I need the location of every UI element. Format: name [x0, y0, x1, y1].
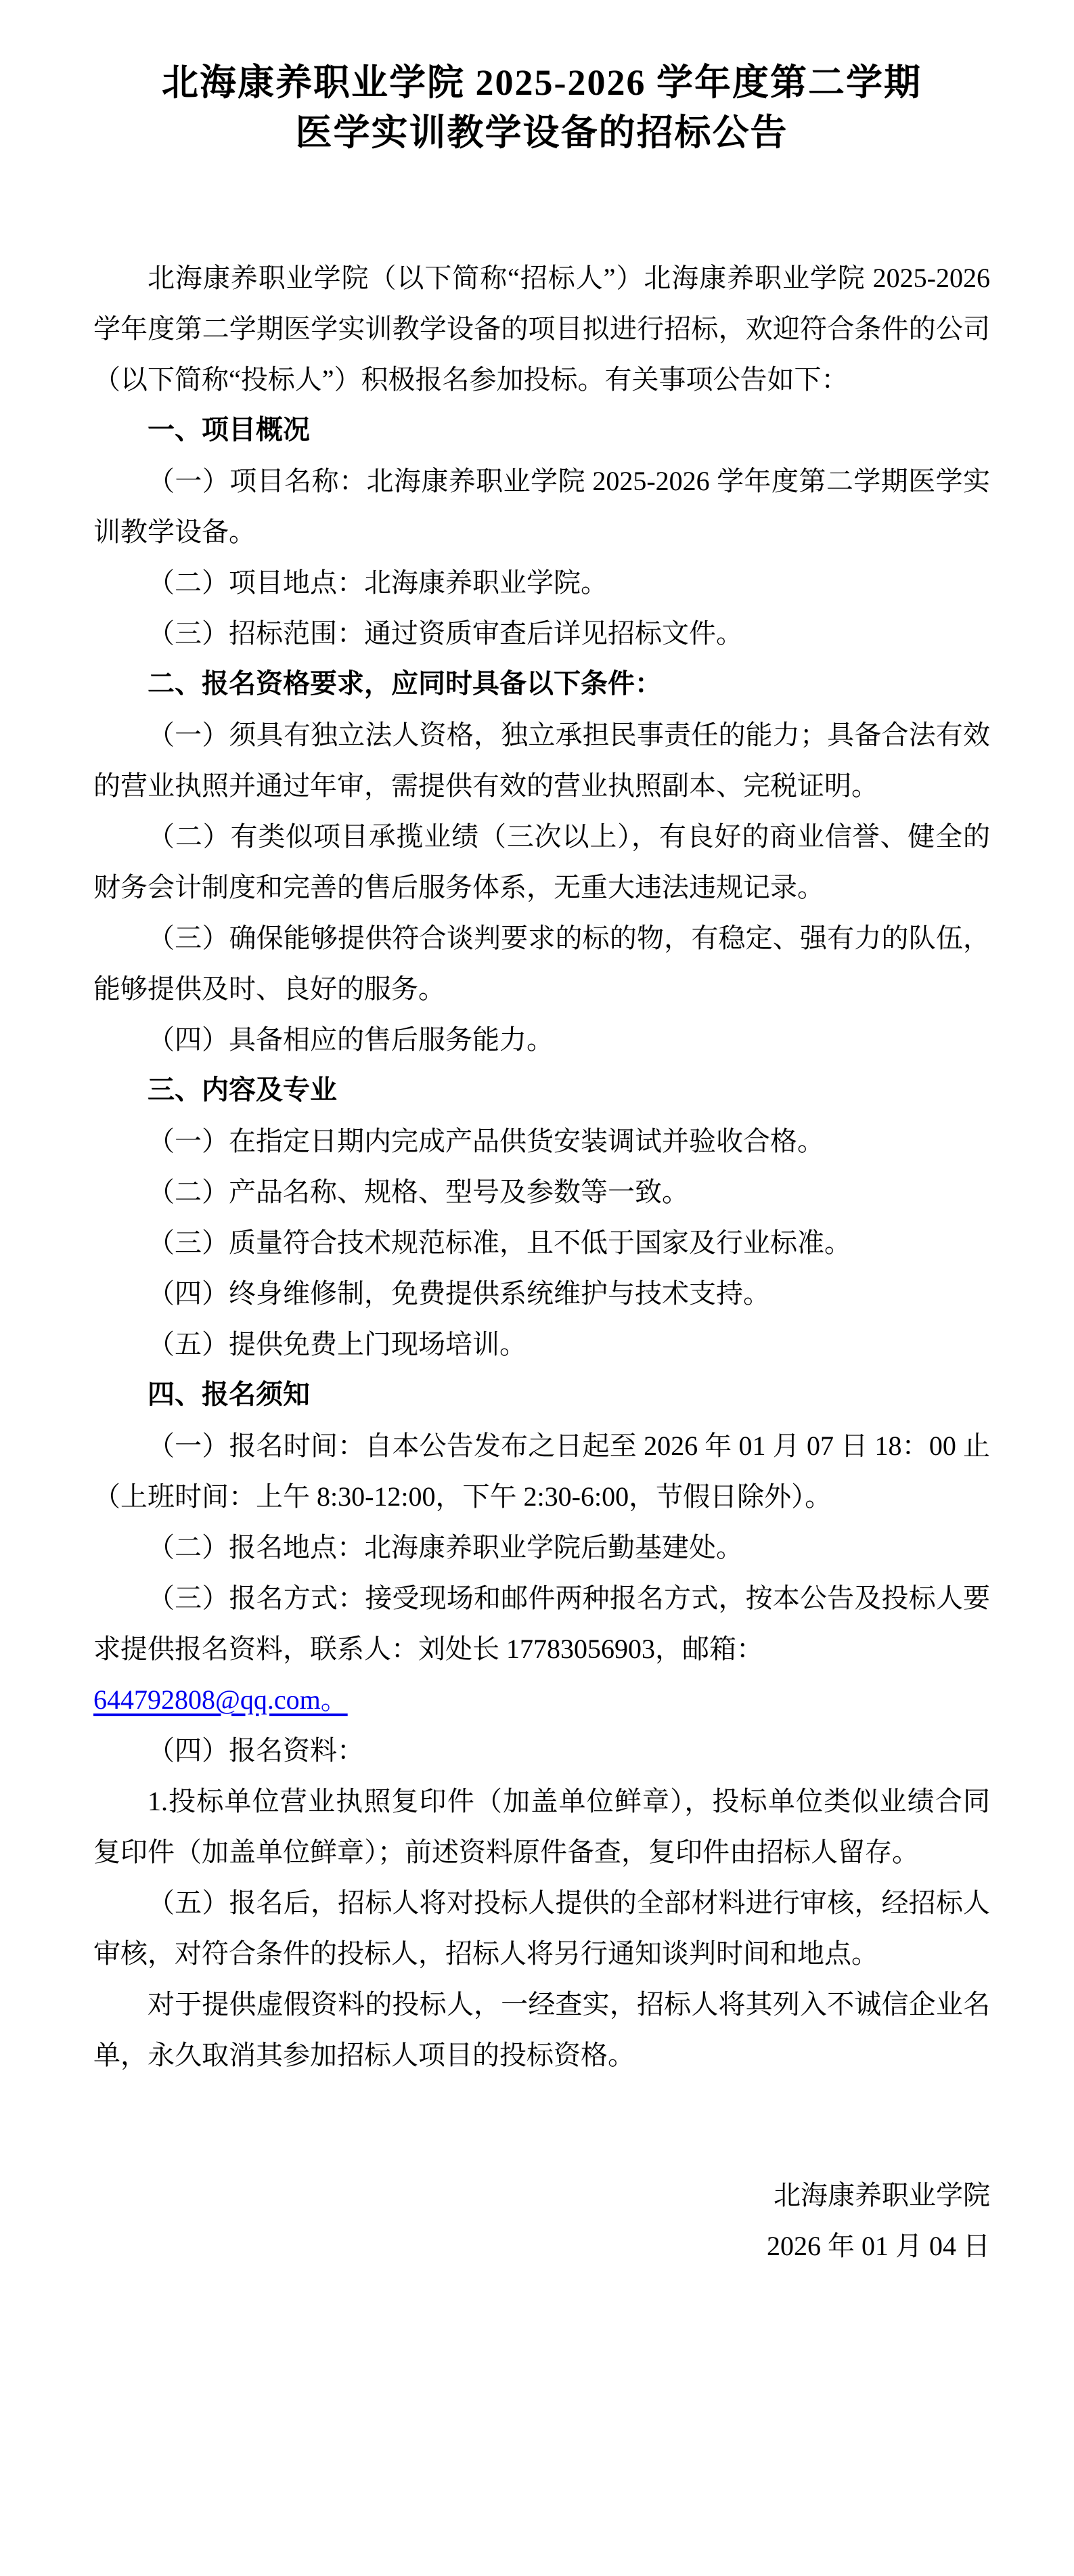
document-footer: 北海康养职业学院 2026 年 01 月 04 日 [93, 2170, 990, 2271]
document-body: 北海康养职业学院（以下简称“招标人”）北海康养职业学院 2025-2026 学年… [93, 253, 990, 2080]
page-title: 北海康养职业学院 2025-2026 学年度第二学期 医学实训教学设备的招标公告 [93, 58, 990, 158]
footer-date: 2026 年 01 月 04 日 [93, 2221, 990, 2271]
paragraph: （五）提供免费上门现场培训。 [93, 1319, 990, 1370]
email-link-line: 644792808@qq.com。 [93, 1674, 990, 1725]
section-heading: 三、内容及专业 [93, 1065, 990, 1116]
paragraph: （四）具备相应的售后服务能力。 [93, 1014, 990, 1065]
footer-org: 北海康养职业学院 [93, 2170, 990, 2221]
paragraph: 1.投标单位营业执照复印件（加盖单位鲜章），投标单位类似业绩合同复印件（加盖单位… [93, 1776, 990, 1877]
paragraph: （三）确保能够提供符合谈判要求的标的物，有稳定、强有力的队伍，能够提供及时、良好… [93, 913, 990, 1014]
paragraph: （三）质量符合技术规范标准，且不低于国家及行业标准。 [93, 1217, 990, 1268]
paragraph: （五）报名后，招标人将对投标人提供的全部材料进行审核，经招标人审核，对符合条件的… [93, 1877, 990, 1979]
paragraph: （一）须具有独立法人资格，独立承担民事责任的能力；具备合法有效的营业执照并通过年… [93, 710, 990, 811]
page-content: 北海康养职业学院 2025-2026 学年度第二学期 医学实训教学设备的招标公告… [0, 0, 1074, 2271]
paragraph: （二）产品名称、规格、型号及参数等一致。 [93, 1166, 990, 1217]
paragraph: （二）项目地点：北海康养职业学院。 [93, 557, 990, 608]
email-link[interactable]: 644792808@qq.com。 [93, 1684, 348, 1715]
paragraph: （一）在指定日期内完成产品供货安装调试并验收合格。 [93, 1116, 990, 1166]
paragraph: （二）有类似项目承揽业绩（三次以上），有良好的商业信誉、健全的财务会计制度和完善… [93, 811, 990, 913]
paragraph: （一）报名时间：自本公告发布之日起至 2026 年 01 月 07 日 18：0… [93, 1420, 990, 1522]
paragraph: （三）报名方式：接受现场和邮件两种报名方式，按本公告及投标人要求提供报名资料，联… [93, 1573, 990, 1674]
section-heading: 一、项目概况 [93, 405, 990, 456]
title-line-1: 北海康养职业学院 2025-2026 学年度第二学期 [93, 58, 990, 108]
paragraph: （一）项目名称：北海康养职业学院 2025-2026 学年度第二学期医学实训教学… [93, 456, 990, 557]
section-heading: 二、报名资格要求，应同时具备以下条件： [93, 659, 990, 710]
paragraph: （四）报名资料： [93, 1725, 990, 1776]
paragraph: （二）报名地点：北海康养职业学院后勤基建处。 [93, 1522, 990, 1573]
section-heading: 四、报名须知 [93, 1370, 990, 1420]
title-line-2: 医学实训教学设备的招标公告 [93, 108, 990, 158]
paragraph: （四）终身维修制，免费提供系统维护与技术支持。 [93, 1268, 990, 1319]
announcement-page: 北海康养职业学院 2025-2026 学年度第二学期 医学实训教学设备的招标公告… [0, 0, 1074, 2576]
paragraph: （三）招标范围：通过资质审查后详见招标文件。 [93, 608, 990, 659]
paragraph: 对于提供虚假资料的投标人，一经查实，招标人将其列入不诚信企业名单，永久取消其参加… [93, 1979, 990, 2080]
paragraph: 北海康养职业学院（以下简称“招标人”）北海康养职业学院 2025-2026 学年… [93, 253, 990, 405]
